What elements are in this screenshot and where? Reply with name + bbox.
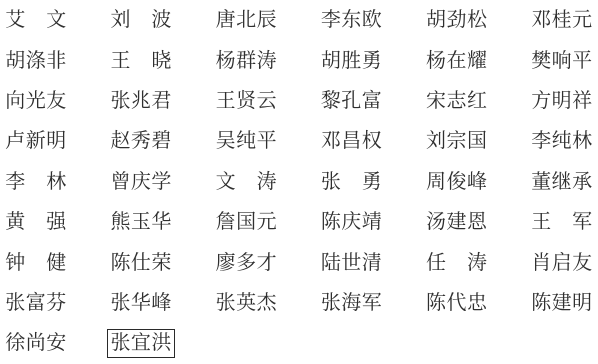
name-cell: 张华峰 — [110, 293, 172, 313]
name-cell: 艾 文 — [5, 10, 67, 30]
name-cell: 李 林 — [5, 172, 67, 192]
name-cell: 邓昌权 — [321, 131, 383, 151]
name-text: 吴纯平 — [216, 131, 278, 151]
name-cell: 董继承 — [531, 172, 593, 192]
name-text: 王贤云 — [216, 91, 278, 111]
name-text: 胡劲松 — [426, 10, 488, 30]
name-text: 张富芬 — [5, 293, 67, 313]
name-text: 邓昌权 — [321, 131, 383, 151]
name-text: 董继承 — [531, 172, 593, 192]
name-cell: 杨群涛 — [215, 51, 277, 71]
name-cell: 任 涛 — [426, 253, 488, 273]
name-cell: 陆世清 — [321, 253, 383, 273]
name-cell: 刘 波 — [110, 10, 172, 30]
name-cell: 汤建恩 — [426, 212, 488, 232]
name-text: 钟 健 — [5, 253, 67, 273]
name-cell: 樊响平 — [531, 51, 593, 71]
name-text: 黄 强 — [5, 212, 67, 232]
name-text: 刘宗国 — [426, 131, 488, 151]
name-cell: 詹国元 — [215, 212, 277, 232]
name-text: 杨群涛 — [216, 51, 278, 71]
name-cell: 周俊峰 — [426, 172, 488, 192]
name-cell: 陈庆靖 — [321, 212, 383, 232]
name-cell: 张英杰 — [215, 293, 277, 313]
name-text: 陈仕荣 — [110, 253, 172, 273]
name-text: 李东欧 — [321, 10, 383, 30]
name-cell: 肖启友 — [531, 253, 593, 273]
name-cell: 张富芬 — [5, 293, 67, 313]
name-cell: 张海军 — [321, 293, 383, 313]
name-cell: 陈建明 — [531, 293, 593, 313]
name-text: 张兆君 — [110, 91, 172, 111]
name-text: 张华峰 — [110, 293, 172, 313]
name-cell: 赵秀碧 — [110, 131, 172, 151]
name-text: 熊玉华 — [110, 212, 172, 232]
name-text: 廖多才 — [216, 253, 278, 273]
name-text: 任 涛 — [426, 253, 488, 273]
name-text: 樊响平 — [531, 51, 593, 71]
name-text: 张英杰 — [216, 293, 278, 313]
name-cell: 黎孔富 — [321, 91, 383, 111]
name-text: 赵秀碧 — [110, 131, 172, 151]
name-text: 王 晓 — [110, 51, 172, 71]
name-cell: 熊玉华 — [110, 212, 172, 232]
name-text: 唐北辰 — [216, 10, 278, 30]
name-text: 邓桂元 — [531, 10, 593, 30]
name-cell: 文 涛 — [215, 172, 277, 192]
name-cell: 张 勇 — [321, 172, 383, 192]
name-cell: 黄 强 — [5, 212, 67, 232]
name-cell: 张兆君 — [110, 91, 172, 111]
name-text: 肖启友 — [531, 253, 593, 273]
name-cell: 向光友 — [5, 91, 67, 111]
name-cell: 刘宗国 — [426, 131, 488, 151]
name-cell: 李纯林 — [531, 131, 593, 151]
name-text: 陈代忠 — [426, 293, 488, 313]
name-cell: 卢新明 — [5, 131, 67, 151]
name-cell: 徐尚安 — [5, 333, 67, 353]
name-cell: 陈仕荣 — [110, 253, 172, 273]
name-text: 詹国元 — [216, 212, 278, 232]
name-text: 胡胜勇 — [321, 51, 383, 71]
selected-name-cell: 张宜洪 — [110, 333, 172, 354]
name-cell: 王 军 — [531, 212, 593, 232]
name-text: 张 勇 — [321, 172, 383, 192]
name-cell: 王贤云 — [215, 91, 277, 111]
name-cell: 胡劲松 — [426, 10, 488, 30]
name-text: 卢新明 — [5, 131, 67, 151]
name-cell: 方明祥 — [531, 91, 593, 111]
name-text: 刘 波 — [110, 10, 172, 30]
name-cell: 王 晓 — [110, 51, 172, 71]
name-text: 向光友 — [5, 91, 67, 111]
name-cell: 曾庆学 — [110, 172, 172, 192]
name-cell: 吴纯平 — [215, 131, 277, 151]
name-grid: 艾 文刘 波唐北辰李东欧胡劲松邓桂元胡涤非王 晓杨群涛胡胜勇杨在耀樊响平向光友张… — [0, 0, 598, 364]
name-text: 陈建明 — [531, 293, 593, 313]
name-text: 曾庆学 — [110, 172, 172, 192]
name-cell: 杨在耀 — [426, 51, 488, 71]
name-text: 李纯林 — [531, 131, 593, 151]
name-text: 杨在耀 — [426, 51, 488, 71]
name-cell: 胡胜勇 — [321, 51, 383, 71]
name-text: 黎孔富 — [321, 91, 383, 111]
name-cell: 胡涤非 — [5, 51, 67, 71]
name-text: 艾 文 — [5, 10, 67, 30]
name-cell: 李东欧 — [321, 10, 383, 30]
name-text: 李 林 — [5, 172, 67, 192]
name-text: 宋志红 — [426, 91, 488, 111]
name-cell: 唐北辰 — [215, 10, 277, 30]
name-cell: 邓桂元 — [531, 10, 593, 30]
name-text: 张海军 — [321, 293, 383, 313]
name-text: 汤建恩 — [426, 212, 488, 232]
name-text: 文 涛 — [216, 172, 278, 192]
name-text: 周俊峰 — [426, 172, 488, 192]
name-text: 徐尚安 — [5, 333, 67, 353]
name-text: 方明祥 — [531, 91, 593, 111]
name-text: 陆世清 — [321, 253, 383, 273]
name-cell: 陈代忠 — [426, 293, 488, 313]
name-cell: 钟 健 — [5, 253, 67, 273]
name-text: 王 军 — [531, 212, 593, 232]
name-text: 陈庆靖 — [321, 212, 383, 232]
name-cell: 宋志红 — [426, 91, 488, 111]
selected-name-text[interactable]: 张宜洪 — [107, 329, 175, 358]
name-text: 胡涤非 — [5, 51, 67, 71]
name-cell: 廖多才 — [215, 253, 277, 273]
